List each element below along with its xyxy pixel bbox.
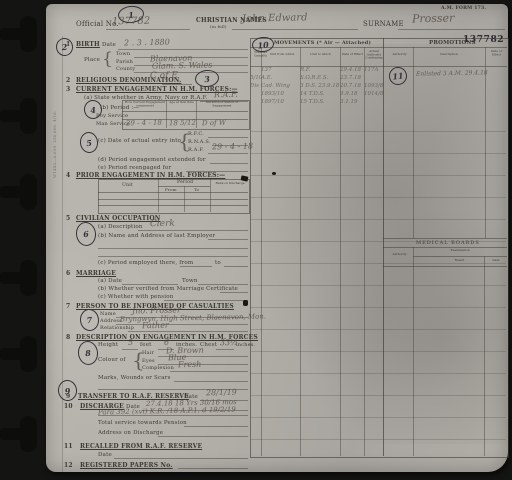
medical-title: MEDICAL BOARDS — [416, 240, 480, 246]
engagement-number: 3 — [66, 86, 70, 93]
birth-title: BIRTH — [76, 41, 100, 48]
engagement-d-label: (d) Period engagement extended for — [98, 157, 206, 163]
birth-date-label: Date — [102, 42, 116, 48]
hair-label: Hair — [142, 350, 154, 356]
spine-rule — [62, 36, 63, 472]
prior-number: 4 — [66, 172, 70, 179]
table-line — [484, 256, 485, 456]
period-col2-header: Age at that time — [168, 101, 195, 104]
recalled-title: RECALLED FROM R.A.F. RESERVE — [80, 443, 202, 450]
field-rule — [116, 324, 248, 325]
marks-label: Marks, Wounds or Scars — [98, 375, 171, 381]
field-rule — [170, 371, 248, 372]
table-line — [364, 47, 365, 456]
prior-period-header: Period — [177, 180, 193, 185]
birth-county-label: County — [116, 66, 135, 72]
field-rule — [210, 163, 248, 164]
medical-examination-header: Examination — [426, 249, 494, 252]
movements-col-unit-to: Unit to which — [302, 53, 339, 56]
papers-title: REGISTERED PAPERS No. — [80, 462, 173, 469]
field-rule — [98, 415, 248, 416]
engagement-a-value: R.A.F. — [214, 90, 238, 99]
man-commenced-value: 29 - 4 - 18 — [126, 119, 162, 128]
medical-authority-header: Authority — [386, 253, 413, 256]
movements-col-authority: Actual Authority Confirming — [365, 50, 383, 60]
raf-entry-date: 29 - 4 - 18 — [212, 142, 253, 152]
table-line — [166, 100, 167, 128]
civilian-number: 5 — [66, 215, 70, 222]
field-rule — [184, 426, 248, 427]
prior-rank-header: Rank on Discharge — [214, 182, 246, 185]
raf-label: R.A.F. — [188, 147, 204, 153]
table-ruling — [251, 110, 506, 454]
field-rule — [98, 248, 248, 249]
birth-date-value: 2 . 3 . 1880 — [124, 38, 170, 48]
promotions-entry: Enlisted 3 A.M. 29.4.18 — [416, 69, 488, 78]
christian-names-sub: (in full) — [210, 24, 227, 29]
man-age-value: 18 5/12 — [169, 119, 196, 128]
table-line — [250, 47, 507, 48]
civilian-to-label: to — [215, 260, 221, 266]
boy-service-label: Boy Service — [96, 113, 128, 119]
movements-row: 5/107A.E.S.O.R.E.S.23.7.18 — [250, 75, 383, 83]
discharge-address-label: Address on Discharge — [98, 430, 163, 436]
civilian-c-label: (c) Period employed there, from — [98, 260, 193, 266]
field-rule — [220, 292, 248, 293]
table-line — [300, 47, 301, 456]
surname-value: Prosser — [412, 12, 455, 26]
marriage-a-label: (a) Date — [98, 278, 122, 284]
movements-row: 1893/1014 T.D.S.9.9.181014/8 — [250, 91, 383, 99]
field-rule — [178, 468, 248, 469]
table-line — [383, 247, 507, 248]
engagement-c-label: (c) Date of actual entry into — [98, 138, 181, 144]
table-line — [383, 266, 507, 267]
casualty-rel-value: Father — [142, 321, 169, 331]
field-rule — [106, 29, 190, 30]
prior-unit-header: Unit — [122, 183, 133, 188]
field-rule — [216, 349, 234, 350]
transfer-date-value: 28/1/19 — [206, 388, 237, 398]
movements-col-unit-from: Unit from which — [264, 53, 300, 56]
field-rule — [98, 256, 248, 257]
field-rule — [138, 230, 248, 231]
birth-parish-label: Parish — [116, 59, 133, 65]
promotions-col-authority: Authority — [386, 53, 413, 56]
place-brace: { — [102, 49, 113, 69]
promotions-col-date: Date of Effect — [487, 50, 506, 57]
religion-number: 2 — [66, 77, 70, 84]
rfc-label: R.F.C. — [188, 131, 204, 137]
christian-names-value: John Edward — [242, 12, 308, 24]
birth-number: 1 — [66, 41, 70, 48]
surname-label: SURNAME — [363, 20, 404, 28]
field-rule — [162, 84, 192, 85]
field-rule — [198, 284, 248, 285]
field-rule — [208, 153, 248, 154]
recalled-date-label: Date — [98, 452, 112, 458]
field-rule — [180, 266, 212, 267]
field-rule — [232, 29, 358, 30]
man-duration-value: D of W — [202, 119, 226, 128]
discharge-number: 10 — [64, 403, 73, 410]
table-line — [158, 179, 159, 212]
scanned-record-card: W1443—A.659. 250,000. 4/18. A.M. FORM 17… — [0, 0, 512, 480]
field-rule — [224, 266, 248, 267]
civilian-a-label: (a) Description — [98, 224, 143, 230]
transfer-number: 9 — [66, 393, 70, 400]
ink-mark — [243, 300, 248, 306]
table-line — [340, 47, 341, 456]
height-feet-value: 5 — [128, 338, 133, 347]
rnas-label: R.N.A.S. — [188, 139, 211, 145]
prior-to-header: To — [194, 187, 199, 192]
table-line — [210, 179, 211, 212]
civilian-title: CIVILIAN OCCUPATION — [76, 215, 161, 222]
marriage-title: MARRIAGE — [76, 270, 116, 277]
promotions-col-description: Description — [420, 53, 478, 56]
period-col3-header: Duration of Period of Engagement — [198, 101, 246, 108]
civilian-b-label: (b) Name and Address of last Employer — [98, 233, 215, 239]
eyes-label: Eyes — [142, 358, 155, 364]
field-rule — [398, 29, 505, 30]
field-rule — [174, 381, 248, 382]
field-rule — [128, 331, 248, 332]
movements-entries: 137R.F.29.4.18117A 5/107A.E.S.O.R.E.S.23… — [250, 67, 383, 107]
table-line — [98, 205, 248, 206]
movements-title: MOVEMENTS (* Air — Attached) — [274, 40, 371, 46]
man-service-label: Man Service — [96, 121, 130, 127]
field-rule — [122, 284, 178, 285]
casualties-number: 7 — [66, 303, 70, 310]
table-line — [196, 100, 197, 128]
printers-imprint: W1443—A.659. 250,000. 4/18. — [52, 111, 57, 178]
medical-date-header: Date — [487, 259, 505, 262]
period-col1-header: How Current Engagement commenced — [124, 101, 166, 108]
medical-result-header: Result — [432, 259, 487, 262]
engagement-e-label: (e) Period reengaged for — [98, 165, 171, 171]
marriage-c-label: (c) Whether with pension — [98, 294, 173, 300]
movements-row: 1897/1015 T.D.S.3.1.19 — [250, 99, 383, 107]
movements-row: 137R.F.29.4.18117A — [250, 67, 383, 75]
movements-row: DisCad. Wing3 D.S. 23.9.1820.7.181093/8 — [250, 83, 383, 91]
field-rule — [158, 436, 248, 437]
table-line — [413, 247, 414, 456]
field-rule — [208, 239, 248, 240]
table-line — [413, 256, 507, 257]
official-no-value: 137782 — [112, 16, 150, 28]
description-number: 8 — [66, 334, 70, 341]
form-number: A.M. FORM 173. — [441, 6, 486, 11]
pension-label: Total service towards Pension — [98, 420, 187, 426]
serial-stamp: 137782 — [463, 35, 504, 45]
height-label: Height — [98, 342, 118, 348]
complexion-value: Fresh — [178, 360, 202, 369]
prior-from-header: From — [165, 187, 177, 192]
table-line — [98, 192, 248, 193]
table-line — [98, 199, 248, 200]
marriage-b-label: (b) Whether verified from Marriage Certi… — [98, 286, 238, 292]
casualty-name-label: Name — [100, 311, 116, 317]
civilian-a-value: Clerk — [150, 219, 175, 230]
birth-county-value: Glam. S. Wales — [152, 60, 213, 70]
ink-speck — [272, 172, 276, 175]
prior-title: PRIOR ENGAGEMENT IN H.M. FORCES:— — [76, 172, 225, 179]
marriage-town-label: Town — [182, 278, 198, 284]
field-rule — [118, 49, 248, 50]
table-line — [122, 111, 248, 112]
table-line — [383, 238, 507, 239]
field-rule — [208, 137, 248, 138]
birth-town-label: Town — [116, 51, 130, 57]
table-line — [261, 47, 262, 456]
recalled-number: 11 — [64, 443, 73, 450]
movements-col-date: Date of Effect — [342, 53, 363, 56]
field-rule — [114, 458, 248, 459]
table-line — [413, 47, 414, 238]
field-rule — [164, 300, 248, 301]
religion-value: C of E — [150, 71, 178, 82]
papers-number: 12 — [64, 462, 73, 469]
marriage-number: 6 — [66, 270, 70, 277]
birth-place-label: Place — [84, 57, 100, 63]
colour-label: Colour of — [98, 357, 126, 363]
